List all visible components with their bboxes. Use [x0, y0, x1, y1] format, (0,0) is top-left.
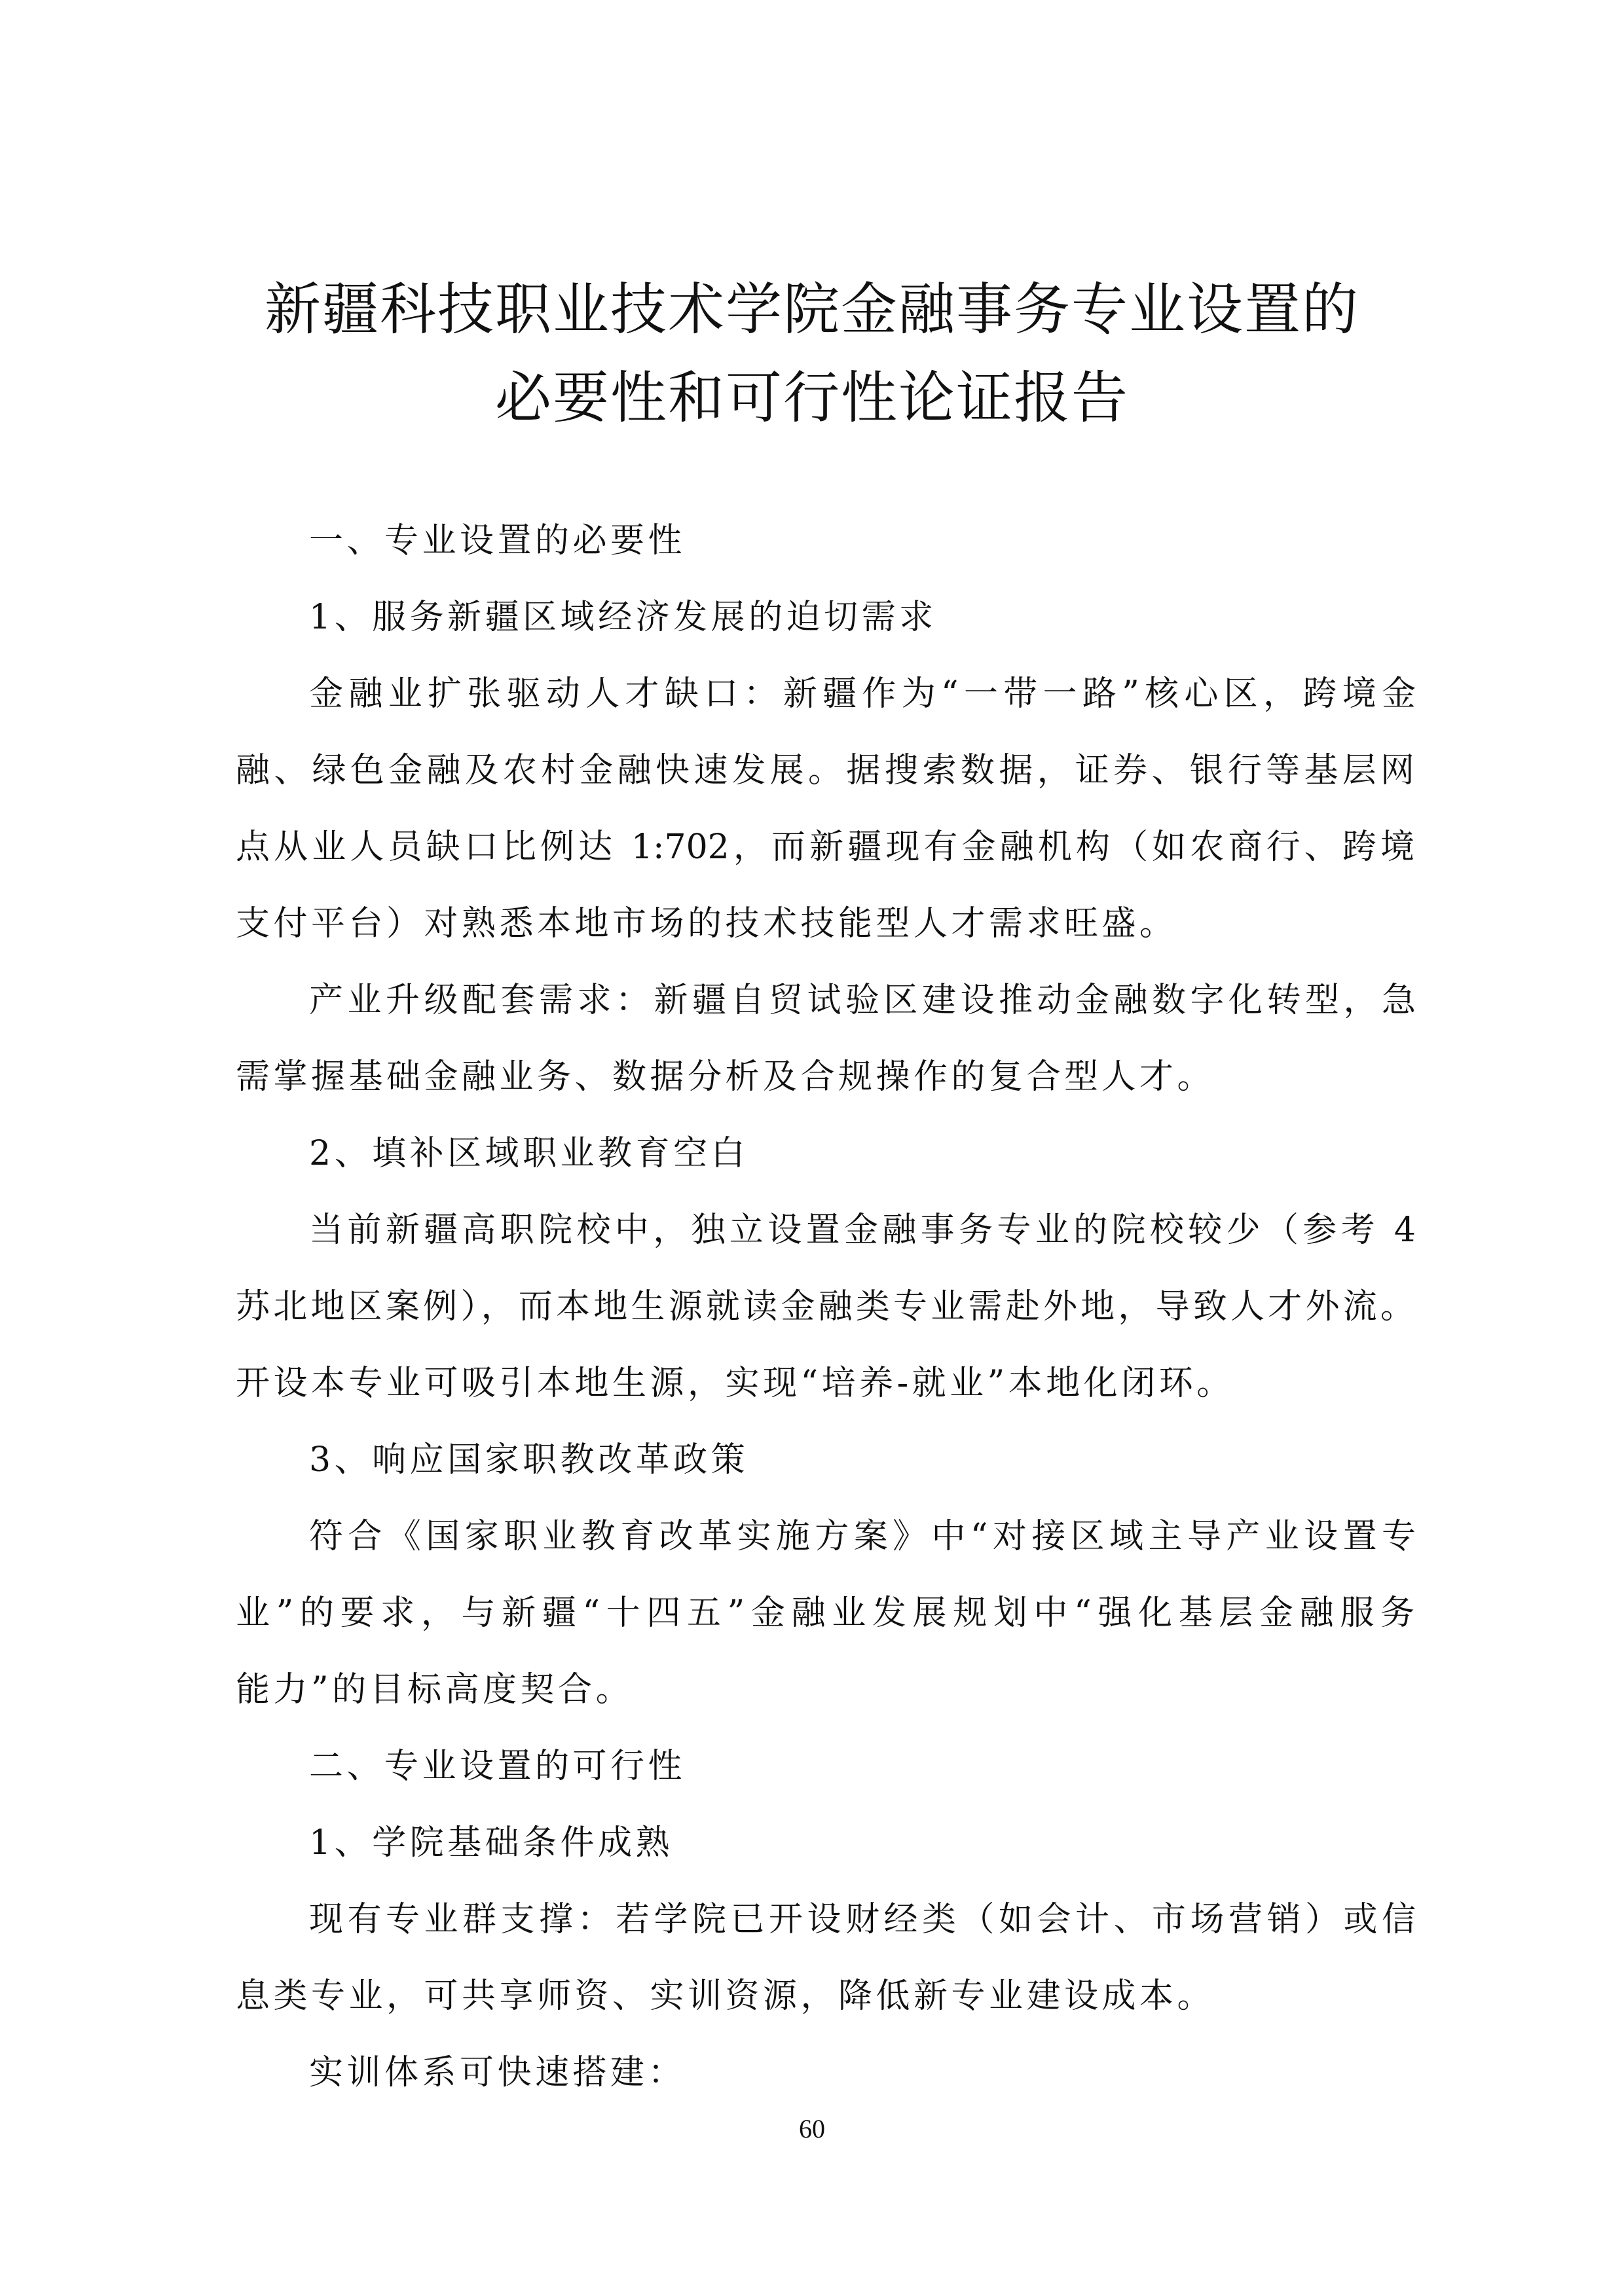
page-number: 60	[0, 2116, 1624, 2142]
paragraph-line: 点从业人员缺口比例达 1:702，而新疆现有金融机构（如农商行、跨境	[236, 830, 1414, 864]
section-heading-feasibility: 二、专业设置的可行性	[309, 1749, 686, 1783]
paragraph-line: 息类专业，可共享师资、实训资源，降低新专业建设成本。	[236, 1979, 1215, 2013]
subsection-heading-regional-demand: 1、服务新疆区域经济发展的迫切需求	[309, 600, 937, 634]
document-title-line-2: 必要性和可行性论证报告	[0, 370, 1624, 426]
paragraph-line: 现有专业群支撑：若学院已开设财经类（如会计、市场营销）或信	[309, 1903, 1416, 1937]
paragraph-line: 需掌握基础金融业务、数据分析及合规操作的复合型人才。	[236, 1060, 1215, 1094]
paragraph-line: 产业升级配套需求：新疆自贸试验区建设推动金融数字化转型，急	[309, 983, 1416, 1017]
paragraph-line: 融、绿色金融及农村金融快速发展。据搜索数据，证券、银行等基层网	[236, 754, 1414, 788]
paragraph-line: 符合《国家职业教育改革实施方案》中“对接区域主导产业设置专	[309, 1520, 1416, 1554]
document-title-line-1: 新疆科技职业技术学院金融事务专业设置的	[0, 282, 1624, 338]
subsection-heading-college-conditions: 1、学院基础条件成熟	[309, 1826, 673, 1860]
paragraph-line: 开设本专业可吸引本地生源，实现“培养-就业”本地化闭环。	[236, 1366, 1234, 1400]
paragraph-line: 实训体系可快速搭建：	[309, 2056, 686, 2090]
section-heading-necessity: 一、专业设置的必要性	[309, 524, 686, 558]
paragraph-line: 支付平台）对熟悉本地市场的技术技能型人才需求旺盛。	[236, 907, 1177, 941]
paragraph-line: 苏北地区案例），而本地生源就读金融类专业需赴外地，导致人才外流。	[236, 1290, 1414, 1324]
subsection-heading-policy-response: 3、响应国家职教改革政策	[309, 1443, 748, 1477]
paragraph-line: 金融业扩张驱动人才缺口：新疆作为“一带一路”核心区，跨境金	[309, 677, 1416, 711]
paragraph-line: 当前新疆高职院校中，独立设置金融事务专业的院校较少（参考 4	[309, 1213, 1416, 1247]
paragraph-line: 业”的要求，与新疆“十四五”金融业发展规划中“强化基层金融服务	[236, 1596, 1414, 1630]
subsection-heading-education-gap: 2、填补区域职业教育空白	[309, 1137, 748, 1171]
document-page: 新疆科技职业技术学院金融事务专业设置的 必要性和可行性论证报告 一、专业设置的必…	[0, 0, 1624, 2296]
paragraph-line: 能力”的目标高度契合。	[236, 1673, 633, 1707]
